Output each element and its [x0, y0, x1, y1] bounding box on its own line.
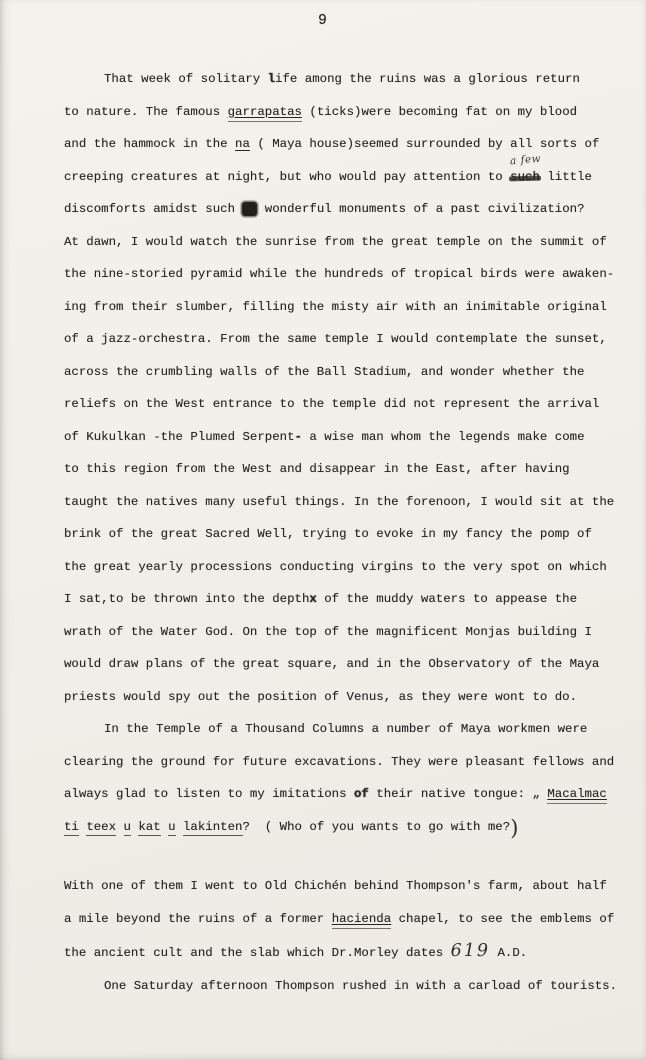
text-segment — [161, 820, 168, 834]
text-line: across the crumbling walls of the Ball S… — [64, 356, 608, 389]
text-segment: a wise man whom the legends make come — [302, 430, 585, 444]
overtyped-character: x — [309, 592, 316, 606]
text-line: of a jazz-orchestra. From the same templ… — [64, 323, 608, 356]
text-line: would draw plans of the great square, an… — [64, 648, 608, 681]
text-segment: priests would spy out the position of Ve… — [64, 690, 577, 704]
text-segment: across the crumbling walls of the Ball S… — [64, 365, 585, 379]
text-line: reliefs on the West entrance to the temp… — [64, 388, 608, 421]
text-line: always glad to listen to my imitations o… — [64, 778, 608, 811]
handwritten-underlined-word: kat — [138, 820, 160, 837]
text-segment: the great yearly processions conducting … — [64, 560, 607, 574]
text-segment: little — [540, 170, 592, 184]
text-segment: clearing the ground for future excavatio… — [64, 755, 614, 769]
text-line: to this region from the West and disappe… — [64, 453, 608, 486]
text-segment: taught the natives many useful things. I… — [64, 495, 614, 509]
document-page: 9 That week of solitary life among the r… — [0, 0, 646, 1060]
text-segment: ife among the ruins was a glorious retur… — [275, 72, 580, 86]
text-segment: wrath of the Water God. On the top of th… — [64, 625, 592, 639]
text-line: With one of them I went to Old Chichén b… — [64, 870, 608, 903]
text-segment: the nine-storied pyramid while the hundr… — [64, 267, 614, 281]
document-body: That week of solitary life among the rui… — [0, 29, 646, 1002]
underlined-word: na — [235, 137, 250, 151]
handwritten-insertion: a few — [510, 153, 542, 166]
text-line: I sat,to be thrown into the depthx of th… — [64, 583, 608, 616]
text-line: to nature. The famous garrapatas (ticks)… — [64, 96, 608, 129]
text-segment: chapel, to see the emblems of — [391, 912, 614, 926]
blotted-out-word: XX — [242, 202, 257, 216]
text-segment: wonderful monuments of a past civilizati… — [257, 202, 584, 216]
text-segment: creeping creatures at night, but who wou… — [64, 170, 510, 184]
text-line: discomforts amidst such XX wonderful mon… — [64, 193, 608, 226]
text-line: of Kukulkan -the Plumed Serpent- a wise … — [64, 421, 608, 454]
page-number: 9 — [0, 0, 646, 29]
text-segment: would draw plans of the great square, an… — [64, 657, 599, 671]
handwritten-underlined-word: lakinten — [183, 820, 243, 837]
text-line: the ancient cult and the slab which Dr.M… — [64, 935, 608, 970]
text-line: In the Temple of a Thousand Columns a nu… — [64, 713, 608, 746]
text-line: brink of the great Sacred Well, trying t… — [64, 518, 608, 551]
text-line: the nine-storied pyramid while the hundr… — [64, 258, 608, 291]
text-line: taught the natives many useful things. I… — [64, 486, 608, 519]
underlined-word: hacienda — [332, 912, 392, 929]
handwritten-underlined-word: ti — [64, 820, 79, 837]
text-segment: of the muddy waters to appease the — [317, 592, 577, 606]
text-segment: always glad to listen to my imitations — [64, 787, 354, 801]
text-segment: a mile beyond the ruins of a former — [64, 912, 332, 926]
text-segment: to this region from the West and disappe… — [64, 462, 570, 476]
handwritten-underlined-word: u — [124, 820, 131, 837]
overtyped-character: of — [354, 787, 369, 801]
text-segment: reliefs on the West entrance to the temp… — [64, 397, 599, 411]
text-segment: At dawn, I would watch the sunrise from … — [64, 235, 607, 249]
text-line: the great yearly processions conducting … — [64, 551, 608, 584]
handwritten-underlined-word: teex — [86, 820, 116, 837]
underlined-word: Macalmac — [547, 787, 607, 804]
handwritten-paren: ) — [510, 816, 518, 840]
text-segment: In the Temple of a Thousand Columns a nu… — [104, 722, 587, 736]
handwritten-underlined-word: u — [168, 820, 175, 837]
struck-out-word: sucha few — [510, 170, 540, 184]
text-line: a mile beyond the ruins of a former haci… — [64, 903, 608, 936]
text-line: clearing the ground for future excavatio… — [64, 746, 608, 779]
text-line: ing from their slumber, filling the mist… — [64, 291, 608, 324]
text-segment: discomforts amidst such — [64, 202, 242, 216]
text-segment: ( Maya house)seemed surrounded by all so… — [250, 137, 599, 151]
text-segment: One Saturday afternoon Thompson rushed i… — [104, 979, 617, 993]
text-segment — [116, 820, 123, 834]
text-segment: (ticks)were becoming fat on my blood — [302, 105, 577, 119]
text-line: At dawn, I would watch the sunrise from … — [64, 226, 608, 259]
text-segment: of Kukulkan -the Plumed Serpent — [64, 430, 295, 444]
text-segment — [176, 820, 183, 834]
text-line: wrath of the Water God. On the top of th… — [64, 616, 608, 649]
text-segment: That week of solitary — [104, 72, 268, 86]
overtyped-character: l — [268, 72, 275, 86]
text-line: ti teex u kat u lakinten? ( Who of you w… — [64, 811, 608, 845]
text-segment: I sat,to be thrown into the depth — [64, 592, 309, 606]
text-segment: A.D. — [490, 946, 527, 960]
text-segment: ? ( Who of you wants to go with me? — [243, 820, 511, 834]
text-segment: ing from their slumber, filling the mist… — [64, 300, 607, 314]
handwritten-number: 619 — [451, 941, 490, 961]
text-segment: their native tongue: „ — [369, 787, 547, 801]
text-segment: brink of the great Sacred Well, trying t… — [64, 527, 592, 541]
text-line: priests would spy out the position of Ve… — [64, 681, 608, 714]
text-segment: the ancient cult and the slab which Dr.M… — [64, 946, 451, 960]
text-line: One Saturday afternoon Thompson rushed i… — [64, 970, 608, 1003]
text-segment: With one of them I went to Old Chichén b… — [64, 879, 607, 893]
overtyped-character: - — [295, 430, 302, 444]
underlined-word: garrapatas — [228, 105, 302, 122]
text-line: That week of solitary life among the rui… — [64, 63, 608, 96]
text-segment: of a jazz-orchestra. From the same templ… — [64, 332, 607, 346]
text-segment: to nature. The famous — [64, 105, 228, 119]
text-line: creeping creatures at night, but who wou… — [64, 161, 608, 194]
text-segment: and the hammock in the — [64, 137, 235, 151]
